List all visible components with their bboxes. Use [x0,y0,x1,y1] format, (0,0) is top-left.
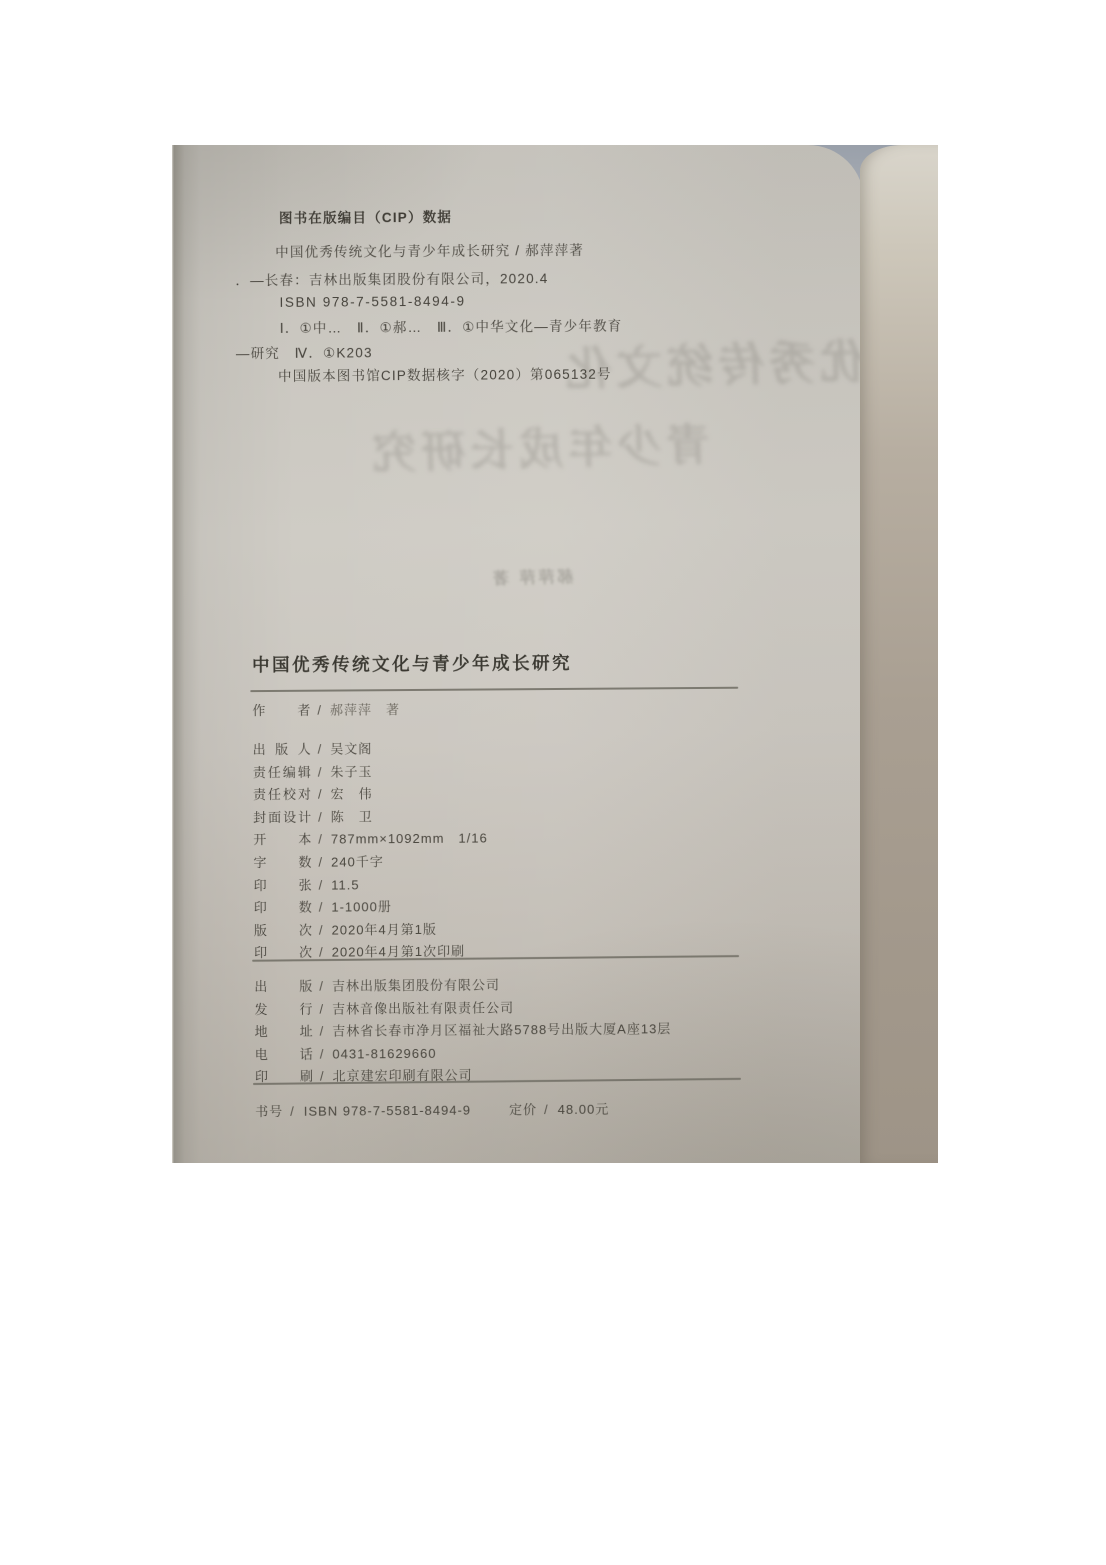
cip-line: Ⅰ．①中… Ⅱ．①郝… Ⅲ．①中华文化—青少年教育 [280,317,623,338]
row-value: 吴文阁 [330,742,372,755]
slash-separator: / [319,980,323,993]
isbn-value: ISBN 978-7-5581-8494-9 [304,1103,471,1119]
isbn-label: 书号 [255,1101,283,1120]
isbn-price-row: 书号 / ISBN 978-7-5581-8494-9 定价 / 48.00元 [255,1099,609,1120]
colophon-row: 封面设计 / 陈 卫 [253,809,488,824]
row-label: 责任编辑 [253,765,311,778]
book-page-photo: 中国优秀传统文化 青少年成长研究 郝萍萍 著 图书在版编目（CIP）数据 中国优… [172,145,938,1163]
row-value: 240千字 [331,855,384,868]
row-label: 印数 [254,901,312,914]
row-label: 地址 [255,1025,313,1038]
row-label: 印次 [254,946,312,959]
colophon-row: 版次 / 2020年4月第1版 [254,922,489,937]
slash-separator: / [318,743,322,756]
slash-separator: / [320,1025,324,1038]
colophon-row: 印张 / 11.5 [254,877,489,892]
colophon-section-1: 出版人 / 吴文阁 责任编辑 / 朱子玉 责任校对 / 宏 伟 封面设计 / 陈… [253,741,489,969]
colophon-row: 责任校对 / 宏 伟 [253,787,488,802]
slash-separator: / [317,704,321,717]
slash-separator: / [290,1104,295,1119]
slash-separator: / [318,833,322,846]
row-value: 郝萍萍 著 [330,703,400,716]
row-label: 开本 [253,833,311,846]
slash-separator: / [320,1047,324,1060]
row-label: 字数 [253,856,311,869]
row-label: 出版人 [253,743,311,756]
slash-separator: / [318,856,322,869]
row-value: 陈 卫 [331,810,373,823]
colophon-row: 地址 / 吉林省长春市净月区福祉大路5788号出版大厦A座13层 [255,1022,672,1038]
slash-separator: / [318,810,322,823]
row-label: 封面设计 [253,810,311,823]
price-label: 定价 [509,1099,537,1118]
title-divider [250,687,738,692]
row-value: 朱子玉 [330,765,372,778]
row-value: 2020年4月第1次印刷 [332,945,465,959]
cip-line: —研究 Ⅳ．①K203 [236,342,623,364]
cip-block: 图书在版编目（CIP）数据 中国优秀传统文化与青少年成长研究 / 郝萍萍著 ．—… [235,207,623,387]
row-label: 电话 [255,1047,313,1060]
slash-separator: / [319,923,323,936]
colophon-row: 作者 / 郝萍萍 著 [252,703,400,717]
row-value: 1-1000册 [331,900,392,913]
colophon-section-2: 出版 / 吉林出版集团股份有限公司 发行 / 吉林音像出版社有限责任公司 地址 … [254,977,671,1093]
slash-separator: / [319,901,323,914]
row-label: 出版 [254,980,312,993]
row-value: 787mm×1092mm 1/16 [331,832,488,846]
row-value: 宏 伟 [331,787,373,800]
page-canvas: { "cip": { "heading": "图书在版编目（CIP）数据", "… [0,0,1106,1565]
colophon-row: 字数 / 240千字 [253,854,488,869]
row-value: 0431-81629660 [332,1047,436,1061]
cip-line: 中国优秀传统文化与青少年成长研究 / 郝萍萍著 [275,241,622,262]
book-title: 中国优秀传统文化与青少年成长研究 [252,650,572,677]
row-value: 吉林音像出版社有限责任公司 [332,1001,514,1015]
slash-separator: / [318,765,322,778]
author-row-block: 作者 / 郝萍萍 著 [252,703,400,727]
cip-line: ISBN 978-7-5581-8494-9 [279,291,622,312]
row-label: 印张 [254,878,312,891]
price-value: 48.00元 [558,1099,610,1118]
slash-separator: / [544,1102,549,1117]
cip-heading: 图书在版编目（CIP）数据 [279,207,622,228]
row-label: 版次 [254,923,312,936]
row-label: 发行 [254,1002,312,1015]
row-value: 11.5 [331,878,359,891]
slash-separator: / [319,946,323,959]
printed-content: 图书在版编目（CIP）数据 中国优秀传统文化与青少年成长研究 / 郝萍萍著 ．—… [172,145,938,1163]
cip-line: ．—长春：吉林出版集团股份有限公司，2020.4 [235,269,622,291]
colophon-row: 出版人 / 吴文阁 [253,741,488,756]
cip-record-number: 中国版本图书馆CIP数据核字（2020）第065132号 [278,365,623,386]
colophon-row: 电话 / 0431-81629660 [255,1045,672,1061]
colophon-row: 发行 / 吉林音像出版社有限责任公司 [254,1000,671,1016]
colophon-row: 责任编辑 / 朱子玉 [253,764,488,779]
slash-separator: / [319,878,323,891]
slash-separator: / [318,788,322,801]
row-label: 作者 [252,704,310,717]
colophon-row: 开本 / 787mm×1092mm 1/16 [253,832,488,847]
row-label: 责任校对 [253,788,311,801]
row-value: 2020年4月第1版 [331,923,436,937]
slash-separator: / [320,1070,324,1083]
colophon-row: 印数 / 1-1000册 [254,900,489,915]
row-value: 吉林出版集团股份有限公司 [332,978,500,992]
row-value: 吉林省长春市净月区福祉大路5788号出版大厦A座13层 [332,1022,671,1037]
colophon-row: 出版 / 吉林出版集团股份有限公司 [254,977,671,993]
slash-separator: / [319,1002,323,1015]
